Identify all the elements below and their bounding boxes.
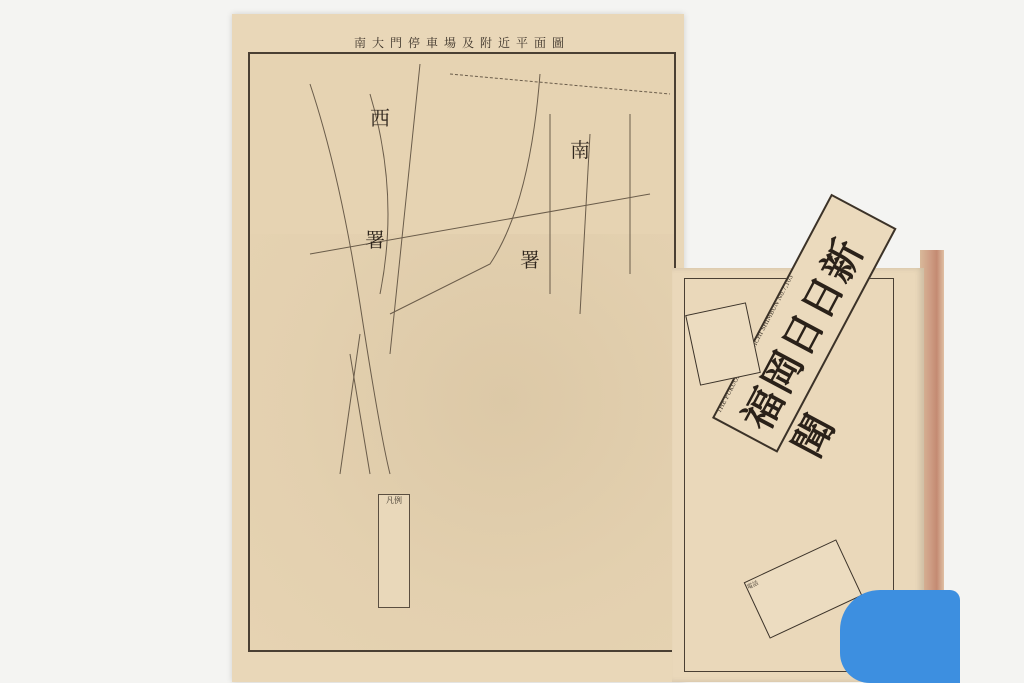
district-label: 署 (365, 224, 385, 253)
legend-title: 凡例 (386, 496, 402, 505)
district-label: 西 (370, 102, 390, 131)
blue-glove-hand (840, 590, 960, 683)
folded-map-sheet: 南大門停車場及附近平面圖 西 署 南 署 凡例 (232, 14, 684, 682)
map-legend: 凡例 (378, 494, 410, 608)
district-label: 署 (520, 244, 540, 273)
box-label: 電話 (746, 580, 760, 591)
map-title: 南大門停車場及附近平面圖 (332, 34, 592, 51)
district-label: 南 (570, 134, 590, 163)
map-frame: 西 署 南 署 凡例 (248, 52, 676, 652)
map-streets (250, 54, 674, 650)
